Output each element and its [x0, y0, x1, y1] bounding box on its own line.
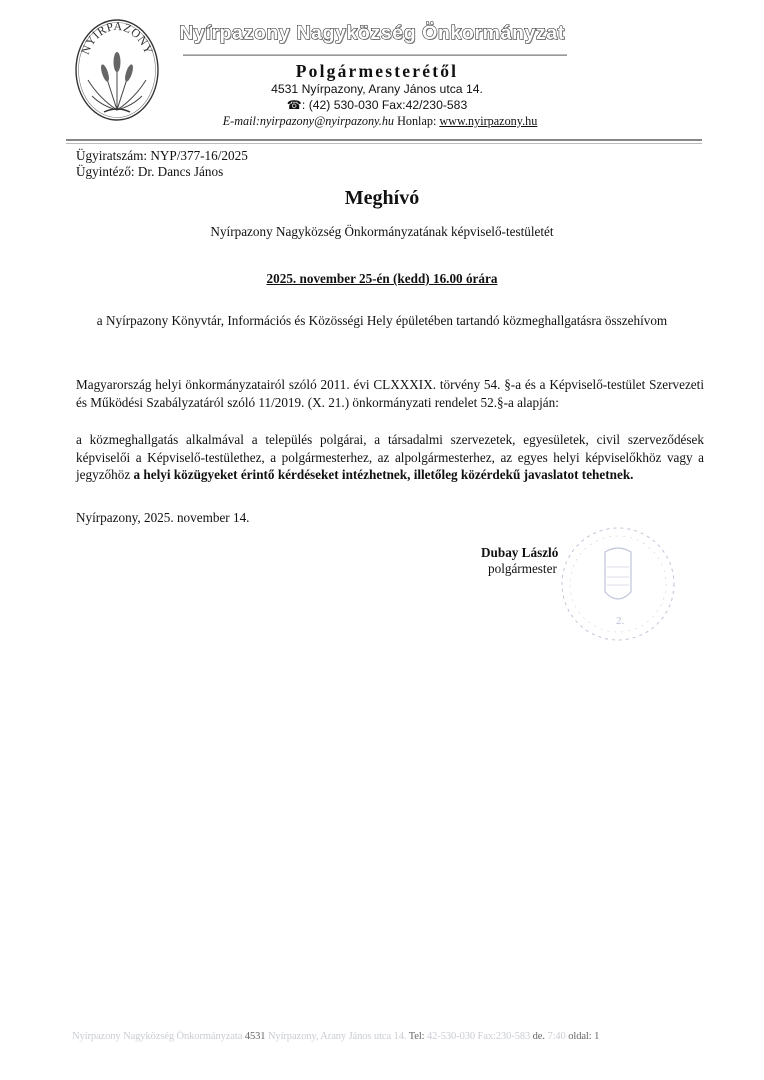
- rights-paragraph: a közmeghallgatás alkalmával a település…: [76, 431, 704, 484]
- svg-text:NYÍRPAZONY: NYÍRPAZONY: [78, 19, 156, 57]
- organization-underline: [183, 54, 567, 56]
- office-name: Polgármesterétől: [190, 61, 564, 82]
- footer-ampm: de.: [533, 1031, 545, 1042]
- website-link[interactable]: www.nyirpazony.hu: [439, 114, 537, 128]
- place-and-date: Nyírpazony, 2025. november 14.: [76, 510, 249, 526]
- venue-line: a Nyírpazony Könyvtár, Információs és Kö…: [0, 313, 764, 329]
- organization-name: Nyírpazony Nagyközség Önkormányzat: [176, 22, 568, 45]
- footer-zip: 4531: [245, 1031, 266, 1042]
- footer-time: 7:40: [547, 1031, 565, 1042]
- page-footer: Nyírpazony Nagyközség Önkormányzata 4531…: [72, 1031, 712, 1042]
- telephone-icon: ☎: [287, 98, 302, 112]
- wheat-coat-of-arms-icon: NYÍRPAZONY: [74, 18, 160, 122]
- website-label: Honlap:: [397, 114, 436, 128]
- addressee: Nyírpazony Nagyközség Önkormányzatának k…: [0, 224, 764, 240]
- case-officer: Ügyintéző: Dr. Dancs János: [76, 164, 223, 180]
- coat-of-arms-logo: NYÍRPAZONY: [74, 18, 160, 122]
- legal-basis-paragraph: Magyarország helyi önkormányzatairól szó…: [76, 376, 704, 411]
- postal-address: 4531 Nyírpazony, Arany János utca 14.: [190, 82, 564, 96]
- footer-page-number: oldal: 1: [568, 1031, 599, 1042]
- phone-fax-text: : (42) 530-030 Fax:42/230-583: [302, 98, 467, 112]
- rights-emphasis-text: a helyi közügyeket érintő kérdéseket int…: [134, 467, 634, 482]
- footer-address: Nyírpazony, Arany János utca 14.: [268, 1031, 406, 1042]
- footer-tel-label: Tel:: [409, 1031, 425, 1042]
- document-title: Meghívó: [0, 187, 764, 210]
- case-number: Ügyiratszám: NYP/377-16/2025: [76, 148, 248, 164]
- signer-name: Dubay László: [481, 545, 558, 561]
- stamp-number: 2.: [616, 615, 625, 627]
- footer-org: Nyírpazony Nagyközség Önkormányzata: [72, 1031, 242, 1042]
- signer-title: polgármester: [488, 561, 557, 577]
- footer-phone: 42-530-030 Fax:230-583: [427, 1031, 530, 1042]
- contact-line: E-mail:nyirpazony@nyirpazony.hu Honlap: …: [150, 114, 610, 129]
- phone-fax-line: ☎: (42) 530-030 Fax:42/230-583: [190, 98, 564, 112]
- email-link[interactable]: E-mail:nyirpazony@nyirpazony.hu: [223, 114, 394, 128]
- meeting-date-time: 2025. november 25-én (kedd) 16.00 órára: [0, 271, 764, 287]
- header-divider: [66, 139, 702, 144]
- official-round-stamp-icon: 2.: [553, 522, 683, 647]
